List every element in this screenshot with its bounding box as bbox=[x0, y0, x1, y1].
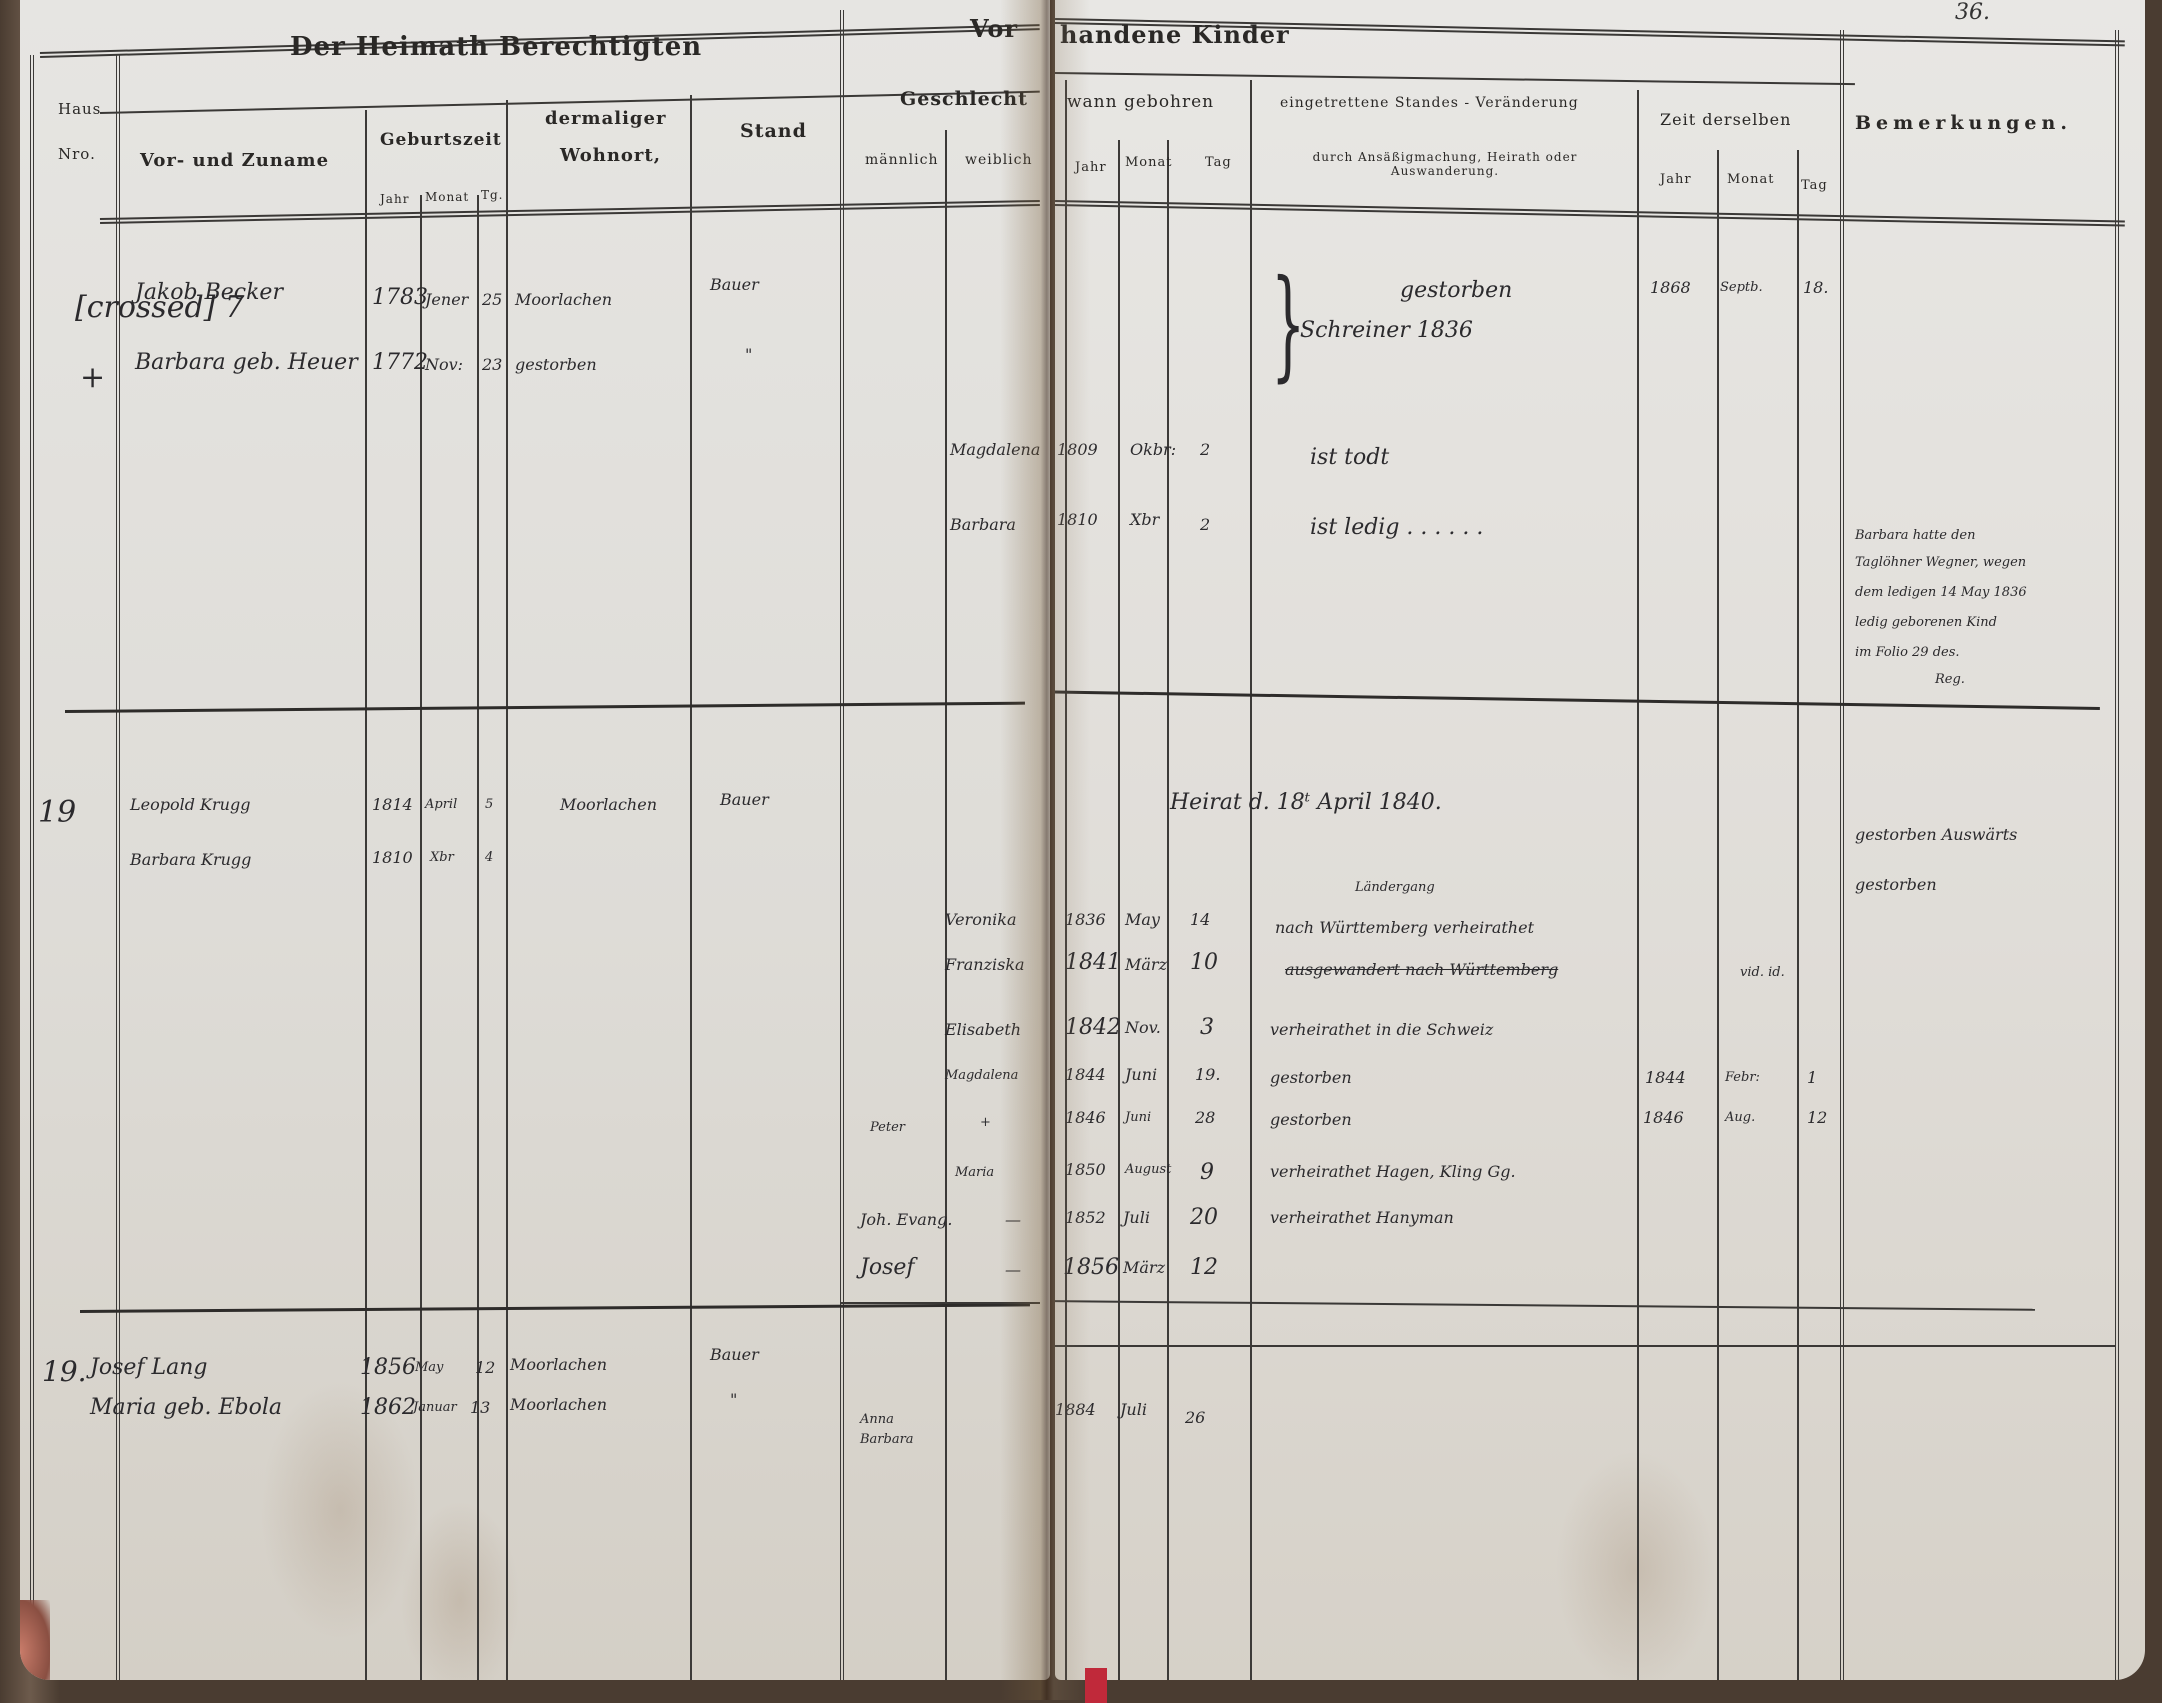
child-name-female: Magdalena bbox=[950, 440, 1040, 459]
child-month: März bbox=[1123, 1258, 1165, 1277]
entry-separator bbox=[80, 1303, 1030, 1313]
remark-line: gestorben Auswärts bbox=[1855, 825, 2017, 844]
col-wohnort-1: dermaliger bbox=[545, 108, 666, 129]
col-wohnort-2: Wohnort, bbox=[560, 145, 661, 166]
entry-separator bbox=[65, 702, 1025, 713]
status-ditto: " bbox=[730, 1390, 737, 1409]
child-day: 12 bbox=[1190, 1255, 1218, 1280]
child-change: gestorben bbox=[1270, 1068, 1352, 1087]
child-day: 2 bbox=[1200, 440, 1210, 459]
entry-separator bbox=[1055, 1300, 2035, 1311]
col-rule bbox=[690, 95, 692, 1680]
zeit-jahr: 1846 bbox=[1643, 1108, 1684, 1127]
col-veraenderung: eingetrettene Standes - Veränderung bbox=[1280, 95, 1579, 111]
child-day: 20 bbox=[1190, 1205, 1218, 1230]
child-month: März bbox=[1125, 955, 1167, 974]
birth-year: 1856 bbox=[360, 1355, 416, 1380]
birth-day: 13 bbox=[470, 1398, 490, 1417]
birth-year: 1783 bbox=[372, 285, 428, 310]
remark-line: Taglöhner Wegner, wegen bbox=[1855, 555, 2026, 570]
col-rule bbox=[1717, 150, 1719, 1680]
birth-month: Jener bbox=[425, 290, 468, 309]
child-day: 10 bbox=[1190, 950, 1218, 975]
child-month: Juni bbox=[1125, 1110, 1151, 1125]
birth-day: 5 bbox=[485, 797, 493, 812]
birth-month: Januar bbox=[413, 1400, 457, 1415]
child-day: 14 bbox=[1190, 910, 1210, 929]
child-name-female: Barbara bbox=[860, 1432, 914, 1447]
col-weiblich: weiblich bbox=[965, 152, 1033, 168]
col-rule bbox=[1118, 140, 1120, 1680]
birth-day: 23 bbox=[482, 355, 502, 374]
child-day: 26 bbox=[1185, 1408, 1205, 1427]
child-name-male: Josef bbox=[860, 1255, 915, 1280]
change-note: Schreiner 1836 bbox=[1300, 318, 1473, 343]
col-kind-jahr: Jahr bbox=[1075, 160, 1107, 175]
child-name-female: Barbara bbox=[950, 515, 1016, 534]
col-rule bbox=[1167, 140, 1169, 1680]
child-year: 1809 bbox=[1057, 440, 1098, 459]
remark-line: im Folio 29 des. bbox=[1855, 645, 1960, 660]
col-rule bbox=[420, 195, 422, 1680]
status-ditto: " bbox=[745, 345, 752, 364]
residence: Moorlachen bbox=[510, 1355, 607, 1374]
child-year: 1844 bbox=[1065, 1065, 1106, 1084]
right-page: 36. handene Kinder wann gebohren Jahr Mo… bbox=[1055, 0, 2145, 1680]
remark-line: gestorben bbox=[1855, 875, 1937, 894]
person-name: Jakob Becker bbox=[135, 280, 283, 305]
col-monat: Monat bbox=[425, 190, 469, 204]
header-bottom-rule bbox=[100, 200, 1040, 224]
col-haus: Haus bbox=[58, 100, 101, 118]
marriage-note: Heirat d. 18ᵗ April 1840. bbox=[1170, 790, 1442, 815]
child-month: Juli bbox=[1123, 1208, 1150, 1227]
residence: gestorben bbox=[515, 355, 597, 374]
birth-year: 1814 bbox=[372, 795, 413, 814]
col-rule bbox=[945, 130, 947, 1680]
child-year: 1852 bbox=[1065, 1208, 1106, 1227]
child-year: 1810 bbox=[1057, 510, 1098, 529]
child-change: ist todt bbox=[1310, 445, 1389, 470]
col-wann-gebohren: wann gebohren bbox=[1067, 92, 1214, 112]
col-rule bbox=[1250, 80, 1252, 1680]
child-day: 19. bbox=[1195, 1065, 1220, 1084]
zeit-tag: 1 bbox=[1807, 1068, 1817, 1087]
birth-month: May bbox=[415, 1360, 443, 1375]
header-bottom-rule bbox=[1055, 200, 2125, 227]
child-name-female: Magdalena bbox=[945, 1068, 1018, 1083]
zeit-jahr: 1844 bbox=[1645, 1068, 1686, 1087]
birth-year: 1772 bbox=[372, 350, 428, 375]
zeit-tag: 12 bbox=[1807, 1108, 1827, 1127]
child-name-female: Anna bbox=[860, 1412, 894, 1427]
child-change: verheirathet Hagen, Kling Gg. bbox=[1270, 1162, 1516, 1181]
child-year: 1846 bbox=[1065, 1108, 1106, 1127]
birth-day: 4 bbox=[485, 850, 493, 865]
birth-year: 1810 bbox=[372, 848, 413, 867]
col-rule bbox=[2115, 30, 2119, 1680]
birth-month: Nov: bbox=[425, 355, 463, 374]
page-number: 36. bbox=[1955, 0, 1990, 25]
person-name: Barbara Krugg bbox=[130, 850, 251, 869]
child-change: verheirathet Hanyman bbox=[1270, 1208, 1454, 1227]
zeit-monat: Febr: bbox=[1725, 1070, 1760, 1085]
person-name: Maria geb. Ebola bbox=[90, 1395, 282, 1420]
zeit-tag: 18. bbox=[1803, 278, 1828, 297]
child-change: verheirathet in die Schweiz bbox=[1270, 1020, 1493, 1039]
col-geburtszeit: Geburtszeit bbox=[380, 130, 502, 150]
col-jahr: Jahr bbox=[380, 192, 409, 206]
haus-nro: 19. bbox=[42, 1355, 87, 1388]
col-tag: Tg. bbox=[481, 188, 504, 202]
birth-year: 1862 bbox=[360, 1395, 416, 1420]
child-month: Okbr: bbox=[1130, 440, 1176, 459]
group-title-kinder-part1: Vor bbox=[970, 14, 1018, 43]
person-name: Barbara geb. Heuer bbox=[135, 350, 358, 375]
zeit-monat: Septb. bbox=[1720, 280, 1763, 295]
child-change: nach Württemberg verheirathet bbox=[1275, 918, 1534, 937]
child-day: 9 bbox=[1200, 1160, 1214, 1185]
haus-nro: 19 bbox=[38, 795, 76, 830]
residence: Moorlachen bbox=[560, 795, 657, 814]
col-zeit-monat: Monat bbox=[1727, 172, 1775, 187]
child-day: 2 bbox=[1200, 515, 1210, 534]
child-name-female: Maria bbox=[955, 1165, 994, 1180]
col-rule bbox=[1840, 30, 1844, 1680]
child-dash: — bbox=[1005, 1210, 1021, 1229]
group-title-heimath: Der Heimath Berechtigten bbox=[290, 32, 702, 62]
children-end-rule bbox=[840, 1302, 1040, 1304]
col-zeit-tag: Tag bbox=[1801, 178, 1828, 193]
death-cross: + bbox=[80, 360, 105, 395]
col-kind-tag: Tag bbox=[1205, 155, 1232, 170]
status: Bauer bbox=[720, 790, 769, 809]
zeit-jahr: 1868 bbox=[1650, 278, 1691, 297]
entry-separator bbox=[1055, 1345, 2115, 1347]
col-rule bbox=[1065, 80, 1067, 1680]
header-group-rule bbox=[1055, 72, 1855, 85]
child-month: Juli bbox=[1120, 1400, 1147, 1419]
child-name-male: Peter bbox=[870, 1120, 905, 1135]
child-change: ist ledig . . . . . . bbox=[1310, 515, 1483, 540]
col-kind-monat: Monat bbox=[1125, 155, 1173, 170]
remark-line: Reg. bbox=[1935, 672, 1965, 687]
group-title-kinder-part2: handene Kinder bbox=[1060, 20, 1290, 49]
child-month: Juni bbox=[1125, 1065, 1157, 1084]
child-year: 1884 bbox=[1055, 1400, 1096, 1419]
birth-day: 12 bbox=[475, 1358, 495, 1377]
child-day: 3 bbox=[1200, 1015, 1214, 1040]
col-veraenderung-sub: durch Ansäßigmachung, Heirath oder Auswa… bbox=[1280, 150, 1610, 178]
child-deceased-mark: + bbox=[980, 1115, 991, 1130]
open-register-book: Der Heimath Berechtigten Vor Haus Nro. V… bbox=[0, 0, 2162, 1703]
child-change: gestorben bbox=[1270, 1110, 1352, 1129]
col-rule bbox=[840, 10, 844, 1680]
child-year: 1842 bbox=[1065, 1015, 1121, 1040]
child-name-female: Franziska bbox=[945, 955, 1025, 974]
child-month: May bbox=[1125, 910, 1160, 929]
child-year: 1836 bbox=[1065, 910, 1106, 929]
bookmark-ribbon bbox=[1085, 1668, 1107, 1703]
col-name: Vor- und Zuname bbox=[140, 150, 329, 171]
child-day: 28 bbox=[1195, 1108, 1215, 1127]
child-dash: — bbox=[1005, 1260, 1021, 1279]
col-nro: Nro. bbox=[58, 145, 96, 163]
remark-line: dem ledigen 14 May 1836 bbox=[1855, 585, 2027, 600]
birth-day: 25 bbox=[482, 290, 502, 309]
child-change-ref: vid. id. bbox=[1740, 965, 1785, 980]
residence: Moorlachen bbox=[510, 1395, 607, 1414]
child-name-female: Veronika bbox=[945, 910, 1017, 929]
col-zeit-jahr: Jahr bbox=[1660, 172, 1692, 187]
child-year: 1841 bbox=[1065, 950, 1121, 975]
entry-separator bbox=[1055, 690, 2100, 710]
child-month: Xbr bbox=[1130, 510, 1159, 529]
remark-line: ledig geborenen Kind bbox=[1855, 615, 1997, 630]
child-month: August bbox=[1125, 1162, 1171, 1177]
change-note: gestorben bbox=[1400, 278, 1512, 303]
child-year: 1856 bbox=[1063, 1255, 1119, 1280]
col-geschlecht: Geschlecht bbox=[900, 88, 1028, 110]
status: Bauer bbox=[710, 1345, 759, 1364]
status: Bauer bbox=[710, 275, 759, 294]
col-rule bbox=[1797, 150, 1799, 1680]
person-name: Josef Lang bbox=[90, 1355, 208, 1380]
child-name-female: Elisabeth bbox=[945, 1020, 1021, 1039]
birth-month: April bbox=[425, 797, 457, 812]
child-change-struck: ausgewandert nach Württemberg bbox=[1285, 960, 1558, 979]
col-bemerkungen: Bemerkungen. bbox=[1855, 112, 2072, 134]
left-page: Der Heimath Berechtigten Vor Haus Nro. V… bbox=[20, 0, 1050, 1680]
col-rule bbox=[506, 100, 508, 1680]
remark-line: Barbara hatte den bbox=[1855, 528, 1975, 543]
person-name: Leopold Krugg bbox=[130, 795, 250, 814]
thumb-edge bbox=[20, 1600, 50, 1680]
child-year: 1850 bbox=[1065, 1160, 1106, 1179]
col-rule bbox=[365, 110, 367, 1680]
col-maennlich: männlich bbox=[865, 152, 938, 168]
col-zeit: Zeit derselben bbox=[1660, 110, 1791, 129]
residence: Moorlachen bbox=[515, 290, 612, 309]
col-stand: Stand bbox=[740, 120, 807, 142]
birth-month: Xbr bbox=[430, 850, 454, 865]
child-name-male: Joh. Evang. bbox=[860, 1210, 952, 1229]
child-change-insert: Ländergang bbox=[1355, 880, 1435, 895]
child-month: Nov. bbox=[1125, 1018, 1161, 1037]
zeit-monat: Aug. bbox=[1725, 1110, 1755, 1125]
col-rule bbox=[1637, 90, 1639, 1680]
col-rule bbox=[477, 195, 479, 1680]
col-rule bbox=[30, 55, 34, 1680]
